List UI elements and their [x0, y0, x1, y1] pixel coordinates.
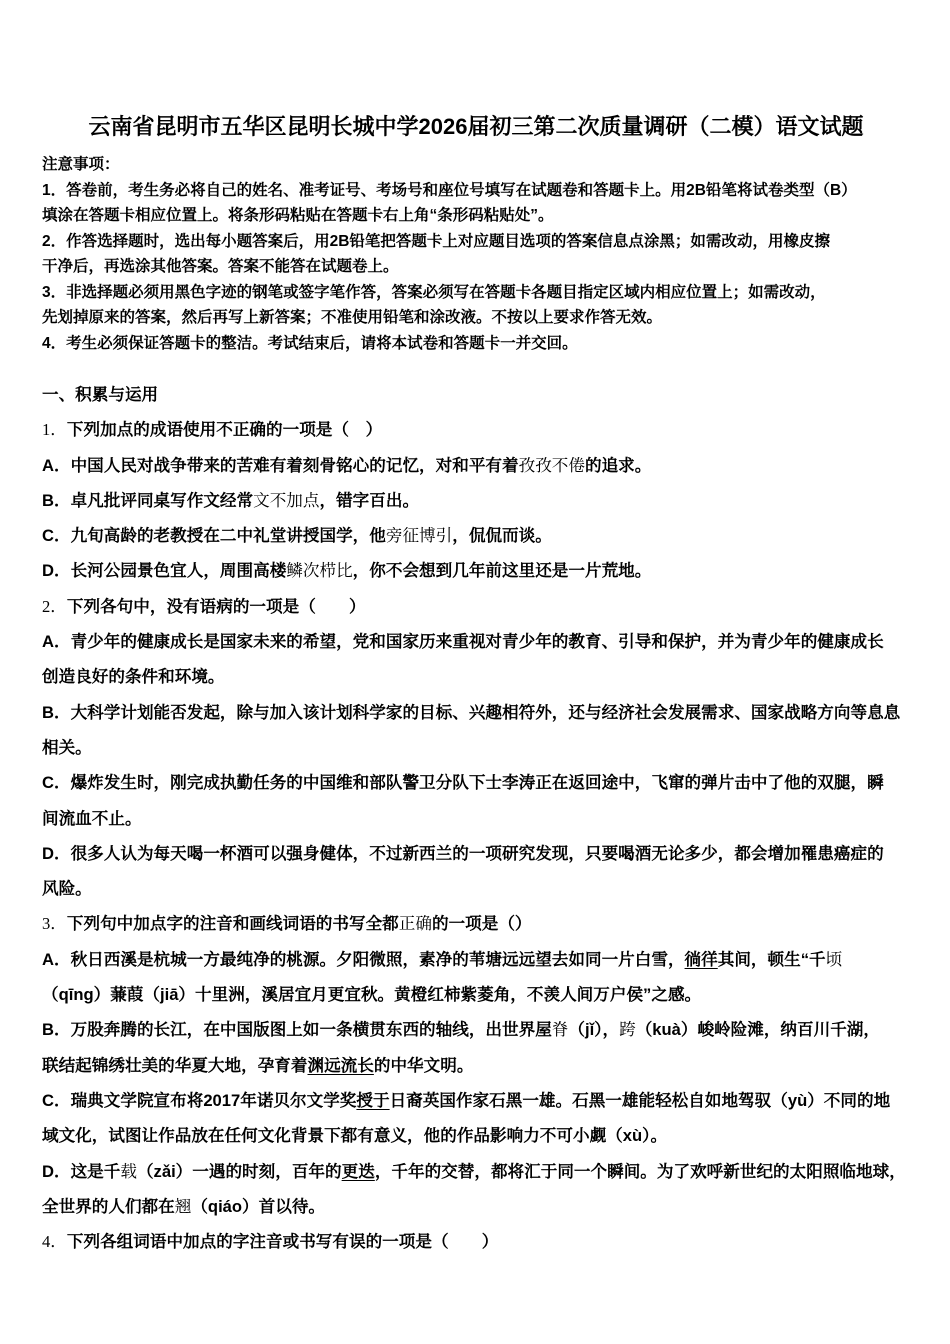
text-segment: 1． — [42, 420, 67, 439]
text-line: D．很多人认为每天喝一杯酒可以强身健体，不过新西兰的一项研究发现，只要喝酒无论多… — [42, 836, 910, 871]
text-segment: 授于 — [356, 1091, 389, 1110]
text-segment: 下列各句中，没有语病的一项是（ ） — [67, 597, 366, 616]
notice-section: 注意事项：1．答卷前，考生务必将自己的姓名、准考证号、考场号和座位号填写在试题卷… — [42, 152, 910, 356]
text-segment: C．九旬高龄的老教授在二中礼堂讲授国学，他 — [42, 526, 386, 545]
text-segment: 4． — [42, 1232, 67, 1251]
text-segment: （kuà）峻岭险滩，纳百川千湖， — [636, 1020, 880, 1039]
notice-line: 先划掉原来的答案，然后再写上新答案；不准使用铅笔和涂改液。不按以上要求作答无效。 — [42, 305, 910, 331]
exam-title: 云南省昆明市五华区昆明长城中学2026届初三第二次质量调研（二模）语文试题 — [42, 112, 910, 142]
text-line: D．长河公园景色宜人，周围高楼鳞次栉比，你不会想到几年前这里还是一片荒地。 — [42, 553, 910, 588]
text-line: 风险。 — [42, 871, 910, 906]
text-segment: B．大科学计划能否发起，除与加入该计划科学家的目标、兴趣相符外，还与经济社会发展… — [42, 703, 900, 722]
text-line: C．瑞典文学院宣布将2017年诺贝尔文学奖授于日裔英国作家石黑一雄。石黑一雄能轻… — [42, 1083, 910, 1118]
text-segment: ，错字百出。 — [319, 491, 419, 510]
text-segment: ，你不会想到几年前这里还是一片荒地。 — [353, 561, 652, 580]
text-segment: 鳞次栉比 — [286, 561, 352, 580]
text-segment: 域文化，试图让作品放在任何文化背景下都有意义，他的作品影响力不可小觑（xù）。 — [42, 1126, 667, 1145]
text-segment: 下列各组词语中加点的字注音或书写有误的一项是（ ） — [67, 1232, 498, 1251]
text-segment: A．中国人民对战争带来的苦难有着刻骨铭心的记忆，对和平有着 — [42, 456, 519, 475]
text-segment: 载 — [120, 1162, 137, 1181]
text-line: B．大科学计划能否发起，除与加入该计划科学家的目标、兴趣相符外，还与经济社会发展… — [42, 695, 910, 730]
exam-page: 云南省昆明市五华区昆明长城中学2026届初三第二次质量调研（二模）语文试题 注意… — [0, 0, 950, 1344]
text-segment: （qīng）蒹葭（jiā）十里洲，溪居宜月更宜秋。黄橙红柿紫菱角，不羡人间万户侯… — [42, 985, 701, 1004]
text-segment: 一、积累与运用 — [42, 385, 158, 404]
text-line: 间流血不止。 — [42, 801, 910, 836]
text-segment: 的追求。 — [585, 456, 651, 475]
text-line: A．秋日西溪是杭城一方最纯净的桃源。夕阳微照，素净的苇塘远远望去如同一片白雪，徜… — [42, 942, 910, 977]
text-line: C．九旬高龄的老教授在二中礼堂讲授国学，他旁征博引，侃侃而谈。 — [42, 518, 910, 553]
text-segment: C．爆炸发生时，刚完成执勤任务的中国维和部队警卫分队下士李涛正在返回途中，飞窜的… — [42, 773, 884, 792]
text-segment: D．长河公园景色宜人，周围高楼 — [42, 561, 286, 580]
text-segment: 联结起锦绣壮美的华夏大地，孕育着 — [42, 1056, 308, 1075]
text-line: 2．下列各句中，没有语病的一项是（ ） — [42, 589, 910, 624]
text-segment: 创造良好的条件和环境。 — [42, 667, 225, 686]
questions-section: 一、积累与运用1．下列加点的成语使用不正确的一项是（ ）A．中国人民对战争带来的… — [42, 377, 910, 1259]
text-segment: 风险。 — [42, 879, 92, 898]
text-segment: B．卓凡批评同桌写作文经常 — [42, 491, 253, 510]
text-line: 域文化，试图让作品放在任何文化背景下都有意义，他的作品影响力不可小觑（xù）。 — [42, 1118, 910, 1153]
text-segment: 孜孜不倦 — [519, 456, 585, 475]
text-segment: 渊远流长 — [308, 1056, 374, 1075]
text-segment: 下列句中加点字的注音和画线词语的书写全都 — [67, 914, 399, 933]
notice-line: 注意事项： — [42, 152, 910, 178]
text-segment: ，侃侃而谈。 — [452, 526, 552, 545]
text-segment: （jǐ）， — [568, 1020, 619, 1039]
text-line: B．万股奔腾的长江，在中国版图上如一条横贯东西的轴线，出世界屋脊（jǐ），跨（k… — [42, 1012, 910, 1047]
text-segment: 更迭 — [342, 1162, 375, 1181]
text-segment: （zǎi）一遇的时刻，百年的 — [137, 1162, 342, 1181]
text-segment: 的一项是（） — [432, 914, 532, 933]
text-segment: D．很多人认为每天喝一杯酒可以强身健体，不过新西兰的一项研究发现，只要喝酒无论多… — [42, 844, 884, 863]
text-segment: 全世界的人们都在 — [42, 1197, 175, 1216]
text-line: B．卓凡批评同桌写作文经常文不加点，错字百出。 — [42, 483, 910, 518]
text-line: 1．下列加点的成语使用不正确的一项是（ ） — [42, 412, 910, 447]
text-segment: 其间，顿生“千 — [718, 950, 826, 969]
text-segment: 间流血不止。 — [42, 809, 142, 828]
notice-line: 2．作答选择题时，选出每小题答案后，用2B铅笔把答题卡上对应题目选项的答案信息点… — [42, 229, 910, 255]
text-segment: 跨 — [619, 1020, 636, 1039]
text-line: （qīng）蒹葭（jiā）十里洲，溪居宜月更宜秋。黄橙红柿紫菱角，不羡人间万户侯… — [42, 977, 910, 1012]
text-line: 联结起锦绣壮美的华夏大地，孕育着渊远流长的中华文明。 — [42, 1048, 910, 1083]
text-segment: （qiáo）首以待。 — [191, 1197, 325, 1216]
text-line: D．这是千载（zǎi）一遇的时刻，百年的更迭，千年的交替，都将汇于同一个瞬间。为… — [42, 1154, 910, 1189]
text-segment: 脊 — [552, 1020, 569, 1039]
text-line: 创造良好的条件和环境。 — [42, 659, 910, 694]
notice-line: 干净后，再选涂其他答案。答案不能答在试题卷上。 — [42, 254, 910, 280]
notice-line: 4．考生必须保证答题卡的整洁。考试结束后，请将本试卷和答题卡一并交回。 — [42, 331, 910, 357]
text-line: 一、积累与运用 — [42, 377, 910, 412]
text-line: 全世界的人们都在翘（qiáo）首以待。 — [42, 1189, 910, 1224]
text-segment: 相关。 — [42, 738, 92, 757]
text-line: C．爆炸发生时，刚完成执勤任务的中国维和部队警卫分队下士李涛正在返回途中，飞窜的… — [42, 765, 910, 800]
text-line: 4．下列各组词语中加点的字注音或书写有误的一项是（ ） — [42, 1224, 910, 1259]
text-segment: 3． — [42, 914, 67, 933]
text-segment: 顷 — [826, 950, 843, 969]
text-segment: D．这是千 — [42, 1162, 120, 1181]
text-segment: 正确 — [399, 914, 432, 933]
text-line: A．中国人民对战争带来的苦难有着刻骨铭心的记忆，对和平有着孜孜不倦的追求。 — [42, 448, 910, 483]
text-line: A．青少年的健康成长是国家未来的希望，党和国家历来重视对青少年的教育、引导和保护… — [42, 624, 910, 659]
text-segment: 2． — [42, 597, 67, 616]
text-segment: C．瑞典文学院宣布将2017年诺贝尔文学奖 — [42, 1091, 356, 1110]
text-segment: 日裔英国作家石黑一雄。石黑一雄能轻松自如地驾驭（yù）不同的地 — [390, 1091, 891, 1110]
text-segment: 徜徉 — [685, 950, 718, 969]
text-segment: 文不加点 — [253, 491, 319, 510]
text-segment: B．万股奔腾的长江，在中国版图上如一条横贯东西的轴线，出世界屋 — [42, 1020, 552, 1039]
text-segment: 翘 — [175, 1197, 192, 1216]
text-segment: A．青少年的健康成长是国家未来的希望，党和国家历来重视对青少年的教育、引导和保护… — [42, 632, 884, 651]
text-segment: 下列加点的成语使用不正确的一项是（ ） — [67, 420, 382, 439]
text-line: 相关。 — [42, 730, 910, 765]
text-line: 3．下列句中加点字的注音和画线词语的书写全都正确的一项是（） — [42, 906, 910, 941]
notice-line: 填涂在答题卡相应位置上。将条形码粘贴在答题卡右上角“条形码粘贴处”。 — [42, 203, 910, 229]
text-segment: 旁征博引 — [386, 526, 452, 545]
notice-line: 3．非选择题必须用黑色字迹的钢笔或签字笔作答，答案必须写在答题卡各题目指定区域内… — [42, 280, 910, 306]
text-segment: 的中华文明。 — [374, 1056, 474, 1075]
text-segment: ，千年的交替，都将汇于同一个瞬间。为了欢呼新世纪的太阳照临地球， — [375, 1162, 906, 1181]
text-segment: A．秋日西溪是杭城一方最纯净的桃源。夕阳微照，素净的苇塘远远望去如同一片白雪， — [42, 950, 685, 969]
notice-line: 1．答卷前，考生务必将自己的姓名、准考证号、考场号和座位号填写在试题卷和答题卡上… — [42, 178, 910, 204]
